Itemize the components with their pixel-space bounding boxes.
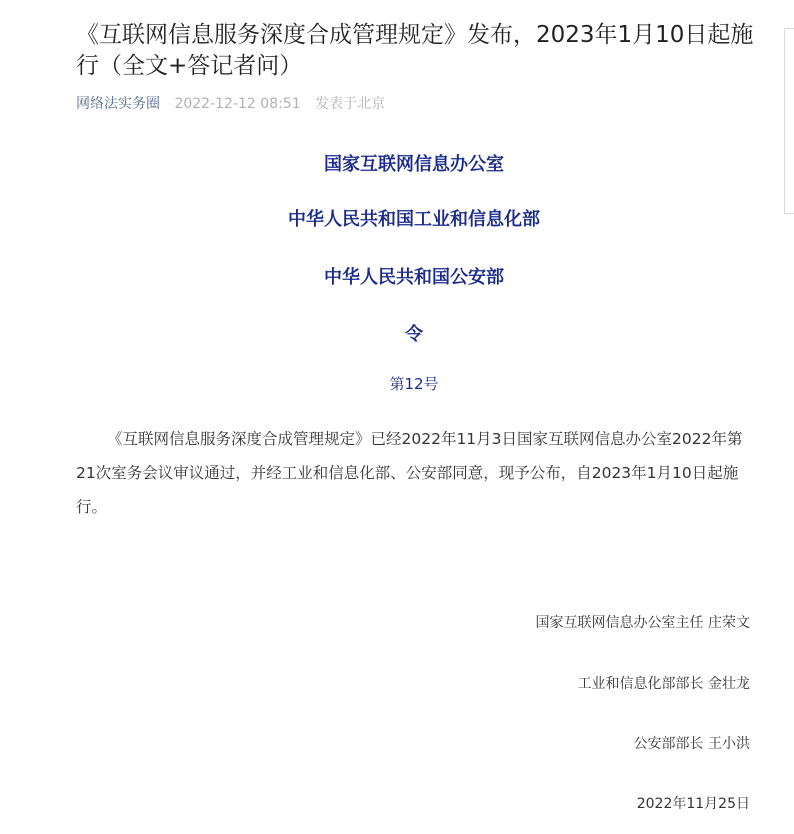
issuer-mps: 中华人民共和国公安部 [0,263,794,289]
issuer-miit: 中华人民共和国工业和信息化部 [0,205,794,231]
publish-location: 发表于北京 [315,96,385,112]
signatory-cac: 国家互联网信息办公室主任 庄荣文 [536,612,750,632]
account-name-link[interactable]: 网络法实务圈 [76,96,160,112]
signatory-mps: 公安部部长 王小洪 [634,733,750,753]
issuer-cac: 国家互联网信息办公室 [0,150,794,176]
article-meta: 网络法实务圈 2022-12-12 08:51 发表于北京 [76,95,385,113]
order-label: 令 [0,320,794,346]
signatory-miit: 工业和信息化部部长 金壮龙 [578,673,750,693]
decree-date: 2022年11月25日 [637,793,750,813]
order-number: 第12号 [0,373,794,394]
side-panel-edge[interactable] [784,28,794,214]
article-title: 《互联网信息服务深度合成管理规定》发布，2023年1月10日起施行（全文+答记者… [76,20,756,82]
decree-body: 《互联网信息服务深度合成管理规定》已经2022年11月3日国家互联网信息办公室2… [76,422,756,524]
publish-time: 2022-12-12 08:51 [174,96,300,112]
